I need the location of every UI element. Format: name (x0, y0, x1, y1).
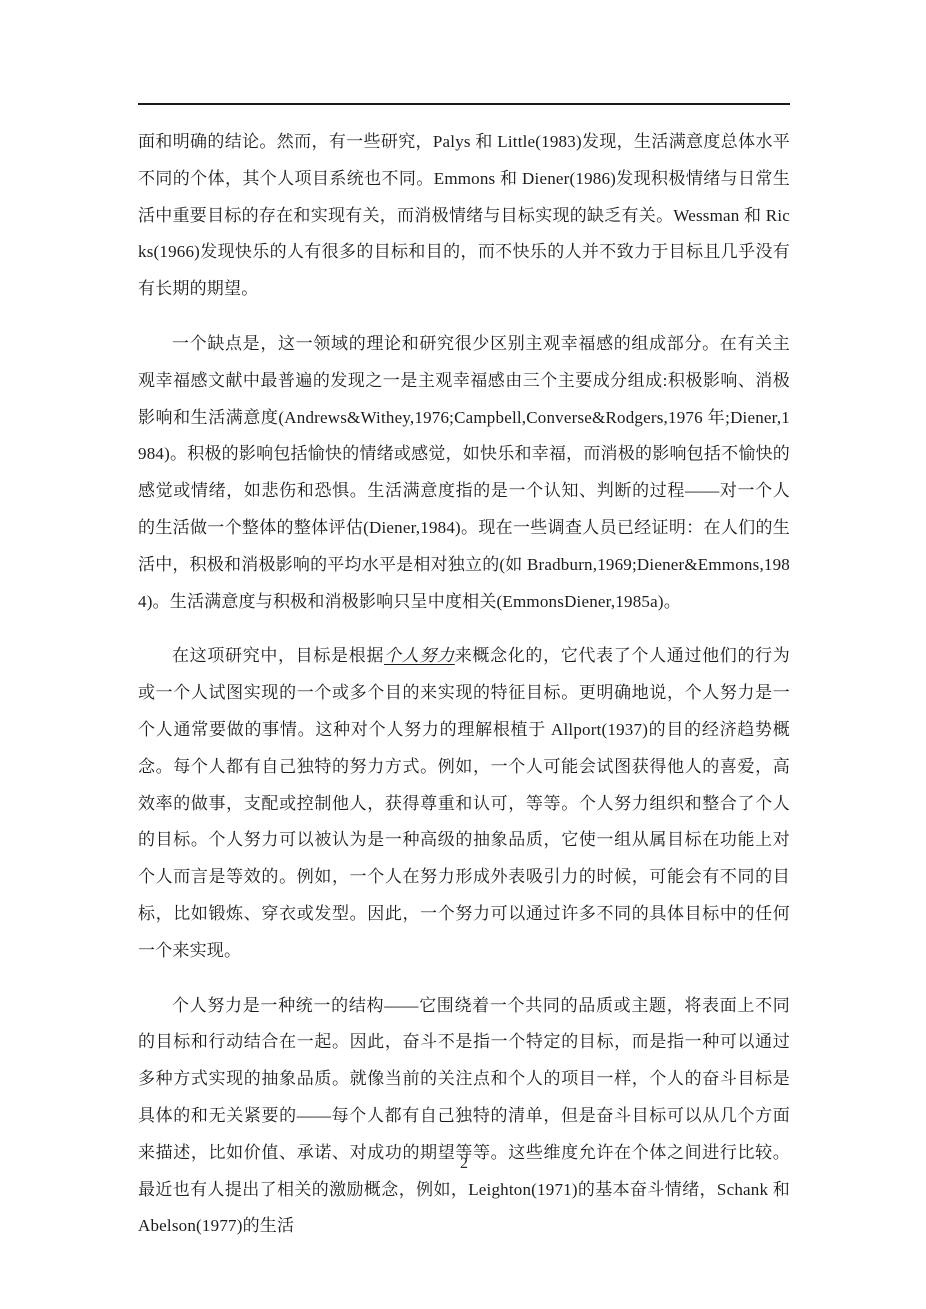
page-number: 2 (138, 1152, 790, 1176)
text-segment: 在这项研究中，目标是根据 (172, 646, 384, 665)
paragraph-3: 在这项研究中，目标是根据个人努力来概念化的，它代表了个人通过他们的行为或一个人试… (138, 638, 790, 969)
document-page: 面和明确的结论。然而，有一些研究，Palys 和 Little(1983)发现，… (0, 0, 926, 1309)
paragraph-1: 面和明确的结论。然而，有一些研究，Palys 和 Little(1983)发现，… (138, 124, 790, 308)
header-rule (138, 103, 790, 105)
paragraph-2: 一个缺点是，这一领域的理论和研究很少区别主观幸福感的组成部分。在有关主观幸福感文… (138, 326, 790, 620)
text-segment: 来概念化的，它代表了个人通过他们的行为或一个人试图实现的一个或多个目的来实现的特… (138, 646, 790, 959)
text-segment: 一个缺点是，这一领域的理论和研究很少区别主观幸福感的组成部分。在有关主观幸福感文… (138, 334, 790, 611)
underlined-term: 个人努力 (384, 646, 455, 665)
document-body: 面和明确的结论。然而，有一些研究，Palys 和 Little(1983)发现，… (138, 124, 790, 1263)
paragraph-4: 个人努力是一种统一的结构——它围绕着一个共同的品质或主题，将表面上不同的目标和行… (138, 988, 790, 1246)
text-segment: 面和明确的结论。然而，有一些研究，Palys 和 Little(1983)发现，… (138, 132, 790, 298)
text-segment: 个人努力是一种统一的结构——它围绕着一个共同的品质或主题，将表面上不同的目标和行… (138, 996, 790, 1236)
